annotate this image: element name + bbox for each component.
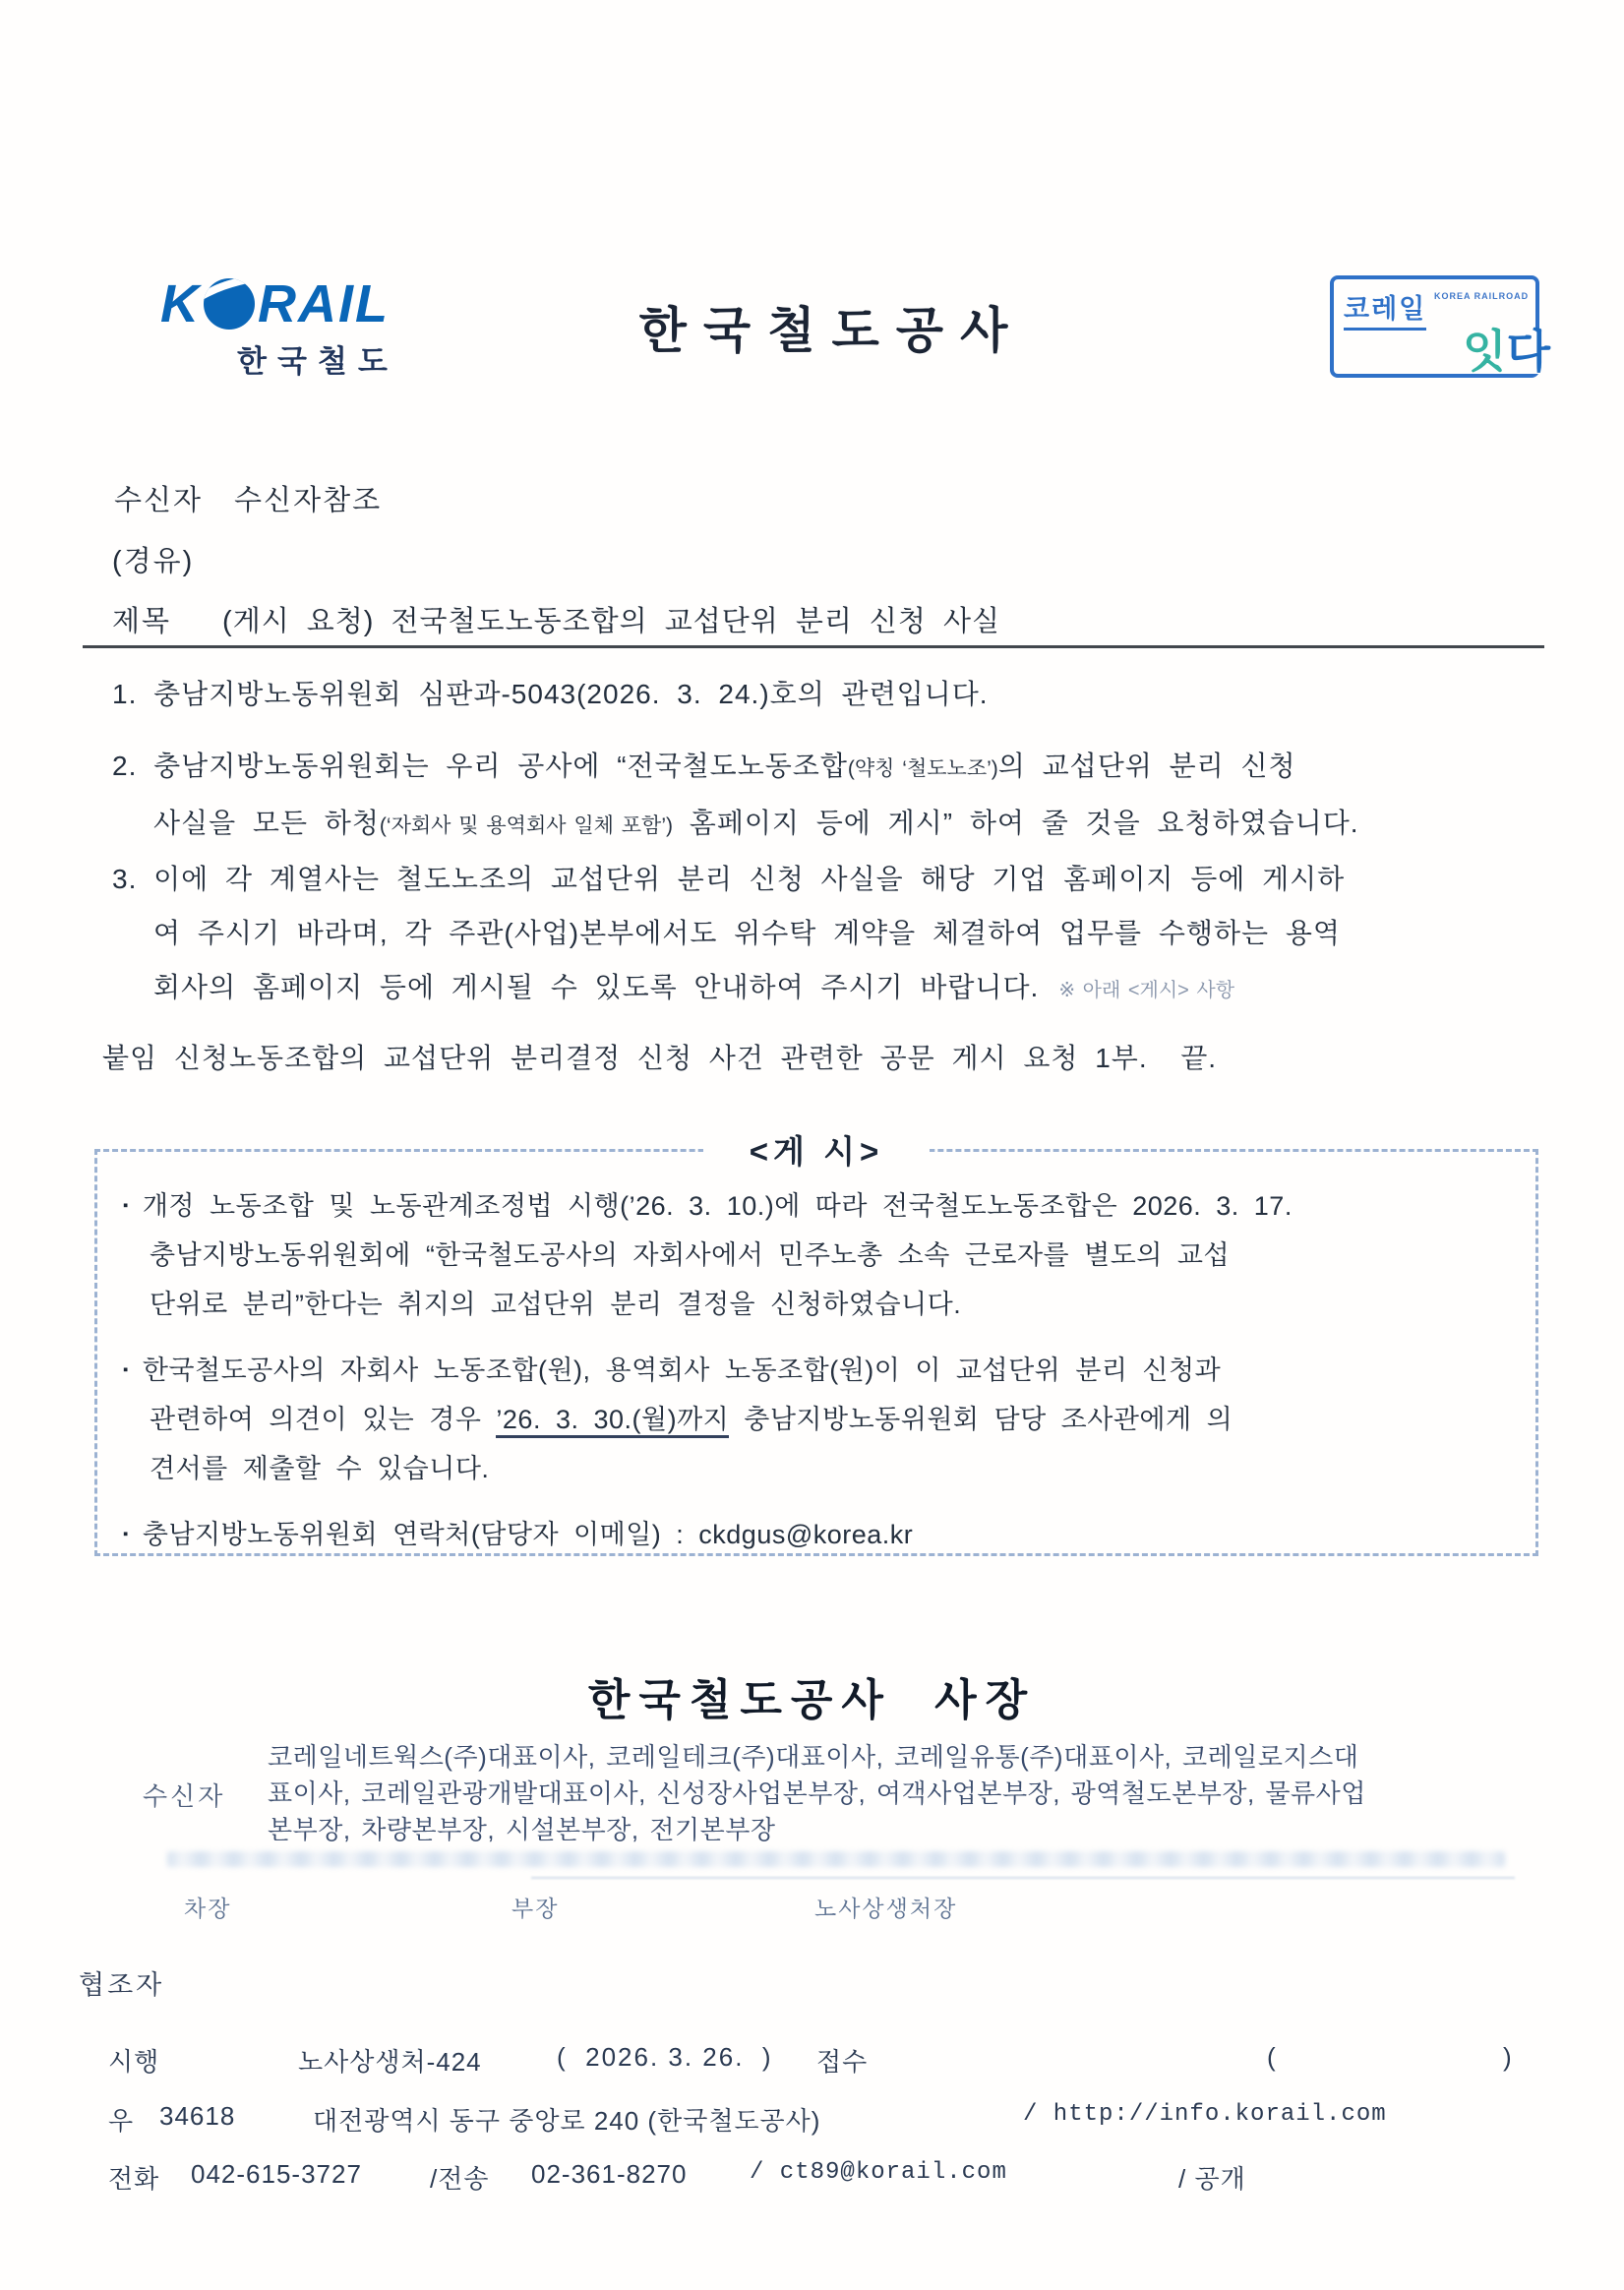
notice-box-title: <게 시>	[703, 1126, 930, 1173]
itda-logo-korail-text: 코레일	[1344, 287, 1426, 331]
website: / http://info.korail.com	[1023, 2101, 1387, 2128]
notice-bullet-2-line-2: 관련하여 의견이 있는 경우 ’26. 3. 30.(월)까지 충남지방노동위원…	[123, 1395, 1516, 1444]
recipients-list: 코레일네트웍스(주)대표이사, 코레일테크(주)대표이사, 코레일유통(주)대표…	[268, 1739, 1546, 1848]
fax-number: 02-361-8270	[531, 2159, 687, 2190]
subject-label: 제목	[112, 606, 171, 637]
notice-bullet-3: ▪충남지방노동위원회 연락처(담당자 이메일) : ckdgus@korea.k…	[123, 1510, 1516, 1559]
recipients-line-1: 코레일네트웍스(주)대표이사, 코레일테크(주)대표이사, 코레일유통(주)대표…	[268, 1739, 1546, 1776]
receive-label: 접수	[816, 2042, 868, 2079]
notice-box-content: ▪개정 노동조합 및 노동관계조정법 시행(’26. 3. 10.)에 따라 전…	[123, 1181, 1516, 1576]
korail-itda-logo: 코레일 KOREA RAILROAD 잇다	[1330, 275, 1539, 378]
notice-bullet-1: ▪개정 노동조합 및 노동관계조정법 시행(’26. 3. 10.)에 따라 전…	[123, 1181, 1516, 1329]
paragraph-3-line-2: 여 주시기 바라며, 각 주관(사업)본부에서도 위수탁 계약을 체결하여 업무…	[112, 906, 1345, 960]
paragraph-3-text: 회사의 홈페이지 등에 게시될 수 있도록 안내하여 주시기 바랍니다.	[153, 972, 1039, 1002]
paragraph-3: 3. 이에 각 계열사는 철도노조의 교섭단위 분리 신청 사실을 해당 기업 …	[112, 852, 1345, 1018]
paragraph-2-line-1: 2. 충남지방노동위원회는 우리 공사에 “전국철도노동조합(약칭 ‘철도노조’…	[112, 739, 1359, 796]
notice-bullet-2-text: 한국철도공사의 자회사 노동조합(원), 용역회사 노동조합(원)이 이 교섭단…	[143, 1356, 1221, 1385]
itda-logo-english-text: KOREA RAILROAD	[1434, 291, 1529, 301]
recipients-line-3: 본부장, 차량본부장, 시설본부장, 전기본부장	[268, 1812, 1546, 1848]
zip-code: 34618	[159, 2101, 235, 2132]
itda-logo-da: 다	[1507, 326, 1550, 377]
contact-email-line: 충남지방노동위원회 연락처(담당자 이메일) : ckdgus@korea.kr	[143, 1520, 913, 1549]
scan-artifact-line	[531, 1877, 1515, 1879]
notice-bullet-2-line-1: ▪한국철도공사의 자회사 노동조합(원), 용역회사 노동조합(원)이 이 교섭…	[123, 1346, 1516, 1395]
paragraph-3-line-3: 회사의 홈페이지 등에 게시될 수 있도록 안내하여 주시기 바랍니다.※ 아래…	[112, 960, 1345, 1018]
enforce-date: ( 2026. 3. 26. )	[557, 2042, 773, 2073]
itda-logo-it: 잇	[1463, 326, 1506, 377]
document-page: KRAIL 한국철도 한국철도공사 코레일 KOREA RAILROAD 잇다 …	[0, 0, 1624, 2290]
scan-artifact-blur	[167, 1851, 1505, 1867]
zip-label: 우	[108, 2101, 134, 2138]
tel-label: 전화	[108, 2159, 159, 2196]
recipient-value: 수신자참조	[234, 485, 382, 516]
approval-position-3: 노사상생처장	[814, 1891, 957, 1923]
fax-label: /전송	[430, 2159, 489, 2196]
subject-row: 제목(게시 요청) 전국철도노동조합의 교섭단위 분리 신청 사실	[112, 599, 1000, 639]
document-number: 노사상생처-424	[298, 2042, 482, 2079]
notice-bullet-2-text-2-end: 충남지방노동위원회 담당 조사관에게 의	[729, 1405, 1233, 1434]
bullet-square-icon: ▪	[123, 1361, 129, 1378]
paragraph-2-text-end: 의 교섭단위 분리 신청	[998, 751, 1296, 781]
notice-bullet-1-line-1: ▪개정 노동조합 및 노동관계조정법 시행(’26. 3. 10.)에 따라 전…	[123, 1181, 1516, 1231]
paragraph-3-line-1: 3. 이에 각 계열사는 철도노조의 교섭단위 분리 신청 사실을 해당 기업 …	[112, 852, 1345, 906]
deadline-date-underlined: ’26. 3. 30.(월)까지	[496, 1405, 729, 1438]
tel-number: 042-615-3727	[191, 2159, 362, 2190]
recipient-label: 수신자	[114, 485, 203, 516]
bullet-square-icon: ▪	[123, 1526, 129, 1542]
enforce-label: 시행	[108, 2042, 159, 2079]
paragraph-2-text: 2. 충남지방노동위원회는 우리 공사에 “전국철도노동조합	[112, 751, 848, 781]
approval-position-2: 부장	[511, 1891, 559, 1923]
notice-bullet-1-text: 개정 노동조합 및 노동관계조정법 시행(’26. 3. 10.)에 따라 전국…	[143, 1191, 1293, 1221]
receive-paren-close: )	[1503, 2042, 1513, 2073]
receive-paren-open: (	[1267, 2042, 1277, 2073]
via-row: (경유)	[112, 539, 194, 579]
notice-bullet-1-line-3: 단위로 분리”한다는 취지의 교섭단위 분리 결정을 신청하였습니다.	[123, 1280, 1516, 1329]
paragraph-3-reference-note: ※ 아래 <게시> 사항	[1058, 980, 1234, 1001]
address: 대전광역시 동구 중앙로 240 (한국철도공사)	[313, 2101, 820, 2138]
email: / ct89@korail.com	[750, 2159, 1007, 2186]
notice-bullet-2: ▪한국철도공사의 자회사 노동조합(원), 용역회사 노동조합(원)이 이 교섭…	[123, 1346, 1516, 1493]
notice-bullet-1-line-2: 충남지방노동위원회에 “한국철도공사의 자회사에서 민주노총 소속 근로자를 별…	[123, 1231, 1516, 1280]
paragraph-2-text-2: 사실을 모든 하청	[153, 808, 380, 838]
paragraph-2: 2. 충남지방노동위원회는 우리 공사에 “전국철도노동조합(약칭 ‘철도노조’…	[112, 739, 1359, 853]
paragraph-2-small-note-2: (‘자회사 및 용역회사 일체 포함’)	[380, 814, 673, 837]
signer-title: 한국철도공사 사장	[0, 1664, 1624, 1727]
recipient-row: 수신자수신자참조	[114, 478, 382, 518]
paragraph-1: 1. 충남지방노동위원회 심판과-5043(2026. 3. 24.)호의 관련…	[112, 667, 989, 721]
paragraph-2-small-note: (약칭 ‘철도노조’)	[848, 757, 998, 780]
paragraph-2-text-2-end: 홈페이지 등에 게시” 하여 줄 것을 요청하였습니다.	[673, 808, 1359, 838]
notice-box: <게 시> ▪개정 노동조합 및 노동관계조정법 시행(’26. 3. 10.)…	[94, 1149, 1538, 1556]
recipients-line-2: 표이사, 코레일관광개발대표이사, 신성장사업본부장, 여객사업본부장, 광역철…	[268, 1776, 1546, 1812]
paragraph-2-line-2: 사실을 모든 하청(‘자회사 및 용역회사 일체 포함’) 홈페이지 등에 게시…	[112, 796, 1359, 853]
recipients-label: 수신자	[143, 1777, 225, 1813]
subject-value: (게시 요청) 전국철도노동조합의 교섭단위 분리 신청 사실	[222, 606, 1000, 637]
bullet-square-icon: ▪	[123, 1197, 129, 1214]
cooperator-label: 협조자	[79, 1963, 164, 2002]
itda-logo-wordmark: 잇다	[1460, 329, 1553, 374]
approval-position-1: 차장	[184, 1891, 231, 1923]
attachment-line: 붙임 신청노동조합의 교섭단위 분리결정 신청 사건 관련한 공문 게시 요청 …	[102, 1031, 1217, 1085]
subject-divider	[83, 645, 1544, 648]
notice-bullet-2-text-2: 관련하여 의견이 있는 경우	[150, 1405, 496, 1434]
disclosure-label: / 공개	[1178, 2159, 1246, 2196]
notice-bullet-2-line-3: 견서를 제출할 수 있습니다.	[123, 1444, 1516, 1493]
